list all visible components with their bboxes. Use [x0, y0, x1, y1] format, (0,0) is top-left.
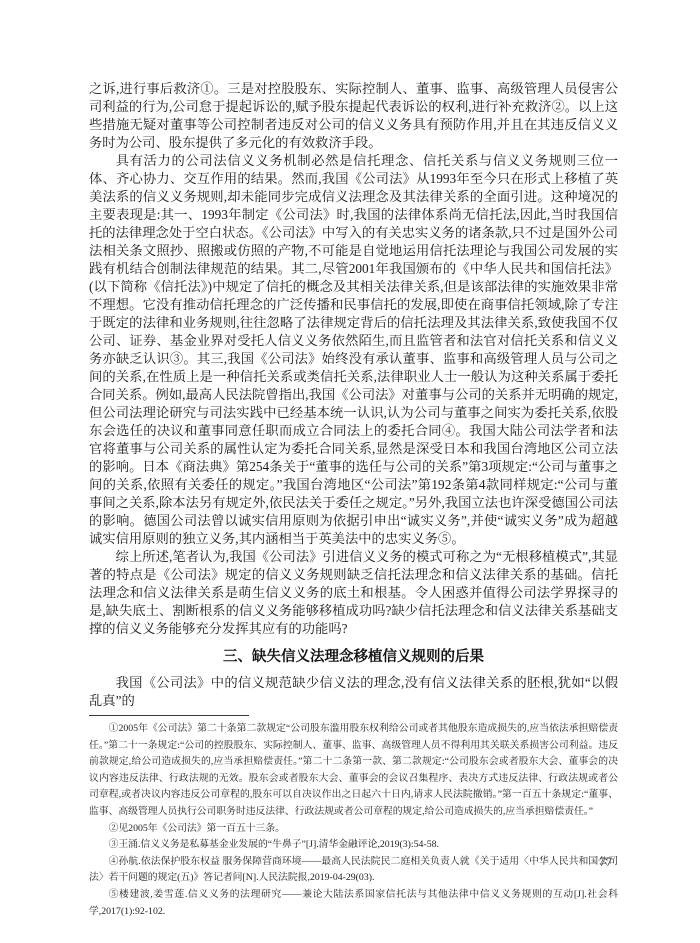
- footnote-item: ④孙航.依法保护股东权益 服务保障营商环境——最高人民法院民二庭相关负责人就《关…: [89, 854, 618, 887]
- page-number: 77: [600, 855, 613, 870]
- footnote-separator: [89, 715, 249, 716]
- footnote-item: ①2005年《公司法》第二十条第二款规定“公司股东滥用股东权利给公司或者其他股东…: [89, 721, 618, 821]
- body-paragraph-continuation: 之诉,进行事后救济①。三是对控股股东、实际控制人、董事、监事、高级管理人员侵害公…: [89, 80, 618, 152]
- footnotes-block: ①2005年《公司法》第二十条第二款规定“公司股东滥用股东权利给公司或者其他股东…: [89, 721, 618, 920]
- footnote-item: ③王涌.信义义务是私募基金业发展的“牛鼻子”[J].清华金融评论,2019(3)…: [89, 837, 618, 854]
- body-paragraph: 我国《公司法》中的信义规范缺少信义法的理念,没有信义法律关系的胚根,犹如“以假乱…: [89, 674, 618, 710]
- paper-page: 之诉,进行事后救济①。三是对控股股东、实际控制人、董事、监事、高级管理人员侵害公…: [0, 0, 700, 943]
- section-heading: 三、缺失信义法理念移植信义规则的后果: [89, 647, 618, 667]
- body-paragraph: 具有活力的公司法信义义务机制必然是信托理念、信托关系与信义义务规则三位一体、齐心…: [89, 152, 618, 548]
- footnote-item: ⑤楼建波,姜雪莲.信义义务的法理研究——兼论大陆法系国家信托法与其他法律中信义义…: [89, 887, 618, 920]
- footnote-item: ②见2005年《公司法》第一百五十三条。: [89, 821, 618, 838]
- text-column: 之诉,进行事后救济①。三是对控股股东、实际控制人、董事、监事、高级管理人员侵害公…: [89, 80, 618, 920]
- body-paragraph: 综上所述,笔者认为,我国《公司法》引进信义义务的模式可称之为“无根移植模式”,其…: [89, 548, 618, 638]
